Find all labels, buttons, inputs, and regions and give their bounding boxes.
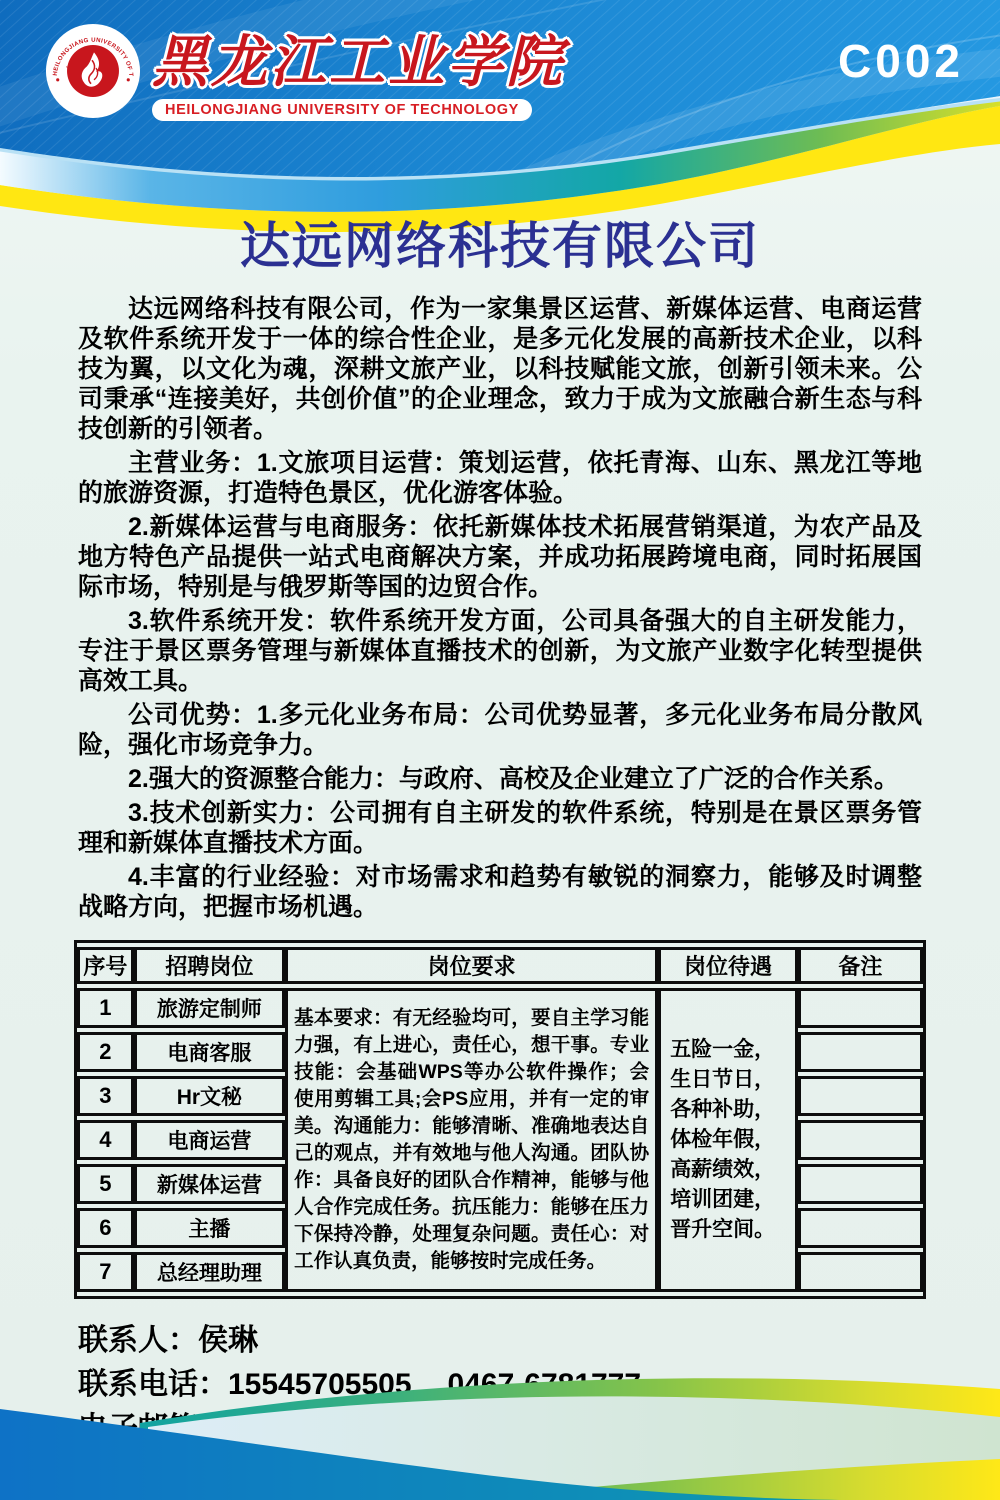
row-no: 1 [77,988,134,1028]
row-no: 6 [77,1208,134,1248]
table-row: 1 旅游定制师 基本要求：有无经验均可，要自主学习能力强，有上进心，责任心，想干… [77,988,923,1028]
footer-wave-graphic [0,1365,1000,1500]
recruitment-poster: HEILONGJIANG UNIVERSITY OF TECHNOLOGY 黑龙… [0,0,1000,1500]
row-position: 电商客服 [134,1032,285,1072]
benefits-cell: 五险一金，生日节日，各种补助，体检年假，高薪绩效，培训团建，晋升空间。 [658,988,798,1292]
row-no: 2 [77,1032,134,1072]
requirements-text: 基本要求：有无经验均可，要自主学习能力强，有上进心，责任心，想干事。专业技能：会… [288,1001,655,1279]
row-no: 7 [77,1252,134,1292]
row-remark [798,1120,923,1160]
table-header-row: 序号 招聘岗位 岗位要求 岗位待遇 备注 [77,947,923,984]
row-no: 3 [77,1076,134,1116]
row-position: 电商运营 [134,1120,285,1160]
contact-person-line: 联系人：侯琳 [78,1319,922,1363]
row-position: 旅游定制师 [134,988,285,1028]
row-no: 4 [77,1120,134,1160]
col-header-remark: 备注 [798,947,923,984]
row-remark [798,1252,923,1292]
jobs-table: 序号 招聘岗位 岗位要求 岗位待遇 备注 1 旅游定制师 基本要求：有无经验均可… [74,940,926,1299]
row-position: 新媒体运营 [134,1164,285,1204]
intro-paragraph: 2.强大的资源整合能力：与政府、高校及企业建立了广泛的合作关系。 [78,764,922,794]
poster-body: 达远网络科技有限公司 达远网络科技有限公司，作为一家集景区运营、新媒体运营、电商… [0,0,1000,1451]
row-position: Hr文秘 [134,1076,285,1116]
intro-paragraph: 公司优势：1.多元化业务布局：公司优势显著，多元化业务布局分散风险，强化市场竞争… [78,700,922,760]
benefits-text: 五险一金，生日节日，各种补助，体检年假，高薪绩效，培训团建，晋升空间。 [661,1031,795,1249]
requirements-cell: 基本要求：有无经验均可，要自主学习能力强，有上进心，责任心，想干事。专业技能：会… [285,988,658,1292]
intro-paragraph: 4.丰富的行业经验：对市场需求和趋势有敏锐的洞察力，能够及时调整战略方向，把握市… [78,862,922,922]
company-intro: 达远网络科技有限公司，作为一家集景区运营、新媒体运营、电商运营及软件系统开发于一… [78,294,922,922]
intro-paragraph: 主营业务：1.文旅项目运营：策划运营，依托青海、山东、黑龙江等地的旅游资源，打造… [78,448,922,508]
intro-paragraph: 达远网络科技有限公司，作为一家集景区运营、新媒体运营、电商运营及软件系统开发于一… [78,294,922,444]
intro-paragraph: 2.新媒体运营与电商服务：依托新媒体技术拓展营销渠道，为农产品及地方特色产品提供… [78,512,922,602]
col-header-requirements: 岗位要求 [285,947,658,984]
contact-person: 侯琳 [198,1324,258,1357]
intro-paragraph: 3.软件系统开发：软件系统开发方面，公司具备强大的自主研发能力，专注于景区票务管… [78,606,922,696]
contact-person-label: 联系人： [78,1324,198,1357]
jobs-section: 序号 招聘岗位 岗位要求 岗位待遇 备注 1 旅游定制师 基本要求：有无经验均可… [74,940,926,1299]
row-no: 5 [77,1164,134,1204]
row-position: 总经理助理 [134,1252,285,1292]
intro-paragraph: 3.技术创新实力：公司拥有自主研发的软件系统，特别是在景区票务管理和新媒体直播技… [78,798,922,858]
footer-banner [0,1365,1000,1500]
company-title: 达远网络科技有限公司 [78,206,922,278]
row-remark [798,1032,923,1072]
row-remark [798,1208,923,1248]
row-position: 主播 [134,1208,285,1248]
col-header-no: 序号 [77,947,134,984]
row-remark [798,1164,923,1204]
col-header-benefits: 岗位待遇 [658,947,798,984]
col-header-position: 招聘岗位 [134,947,285,984]
row-remark [798,1076,923,1116]
row-remark [798,988,923,1028]
